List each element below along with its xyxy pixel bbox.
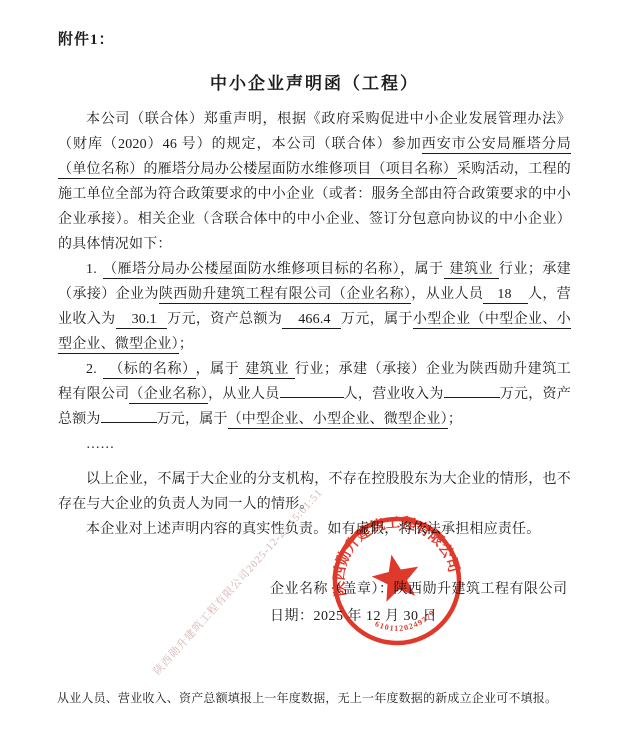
item1-paragraph: 1.（雁塔分局办公楼屋面防水维修项目标的名称），属于建筑业行业；承建（承接）企业… [58, 257, 571, 357]
closing-paragraph-1: 以上企业，不属于大企业的分支机构，不存在控股股东为大企业的情形，也不存在与大企业… [58, 467, 571, 517]
item2-staff-blank-field [280, 384, 344, 398]
signature-date-line: 日期：2025 年 12 月 30 日 [270, 603, 568, 630]
item1-industry-underline: 建筑业 [444, 262, 499, 279]
item2-text-1: ，属于 [196, 362, 240, 377]
item1-staff-value: 18 [483, 287, 527, 304]
ellipsis-line: …… [58, 432, 571, 457]
item1-revenue-value: 30.1 [116, 312, 167, 329]
document-content: 附件1： 中小企业声明函（工程） 本公司（联合体）郑重声明，根据《政府采购促进中… [58, 28, 571, 542]
item2-paragraph: 2.（标的名称），属于建筑业行业；承建（承接）企业为陕西勋升建筑工程有限公司（企… [58, 357, 571, 432]
item2-text-4: 人，营业收入为 [344, 387, 444, 402]
signature-company-line: 企业名称（盖章）：陕西勋升建筑工程有限公司 [270, 576, 568, 603]
item1-company-underline: 陕西勋升建筑工程有限公司（企业名称） [159, 287, 411, 304]
item1-assets-value: 466.4 [282, 312, 341, 329]
item2-assets-blank-field [101, 409, 157, 423]
document-title: 中小企业声明函（工程） [58, 69, 571, 94]
item2-industry-underline: 建筑业 [239, 362, 295, 379]
item2-company-underline: （企业名称） [129, 387, 208, 404]
item1-text-6: 万元，属于 [341, 312, 413, 327]
item2-text-3: ，从业人员 [208, 387, 279, 402]
item1-text-7: ； [179, 337, 193, 352]
closing-paragraph-2: 本企业对上述声明内容的真实性负责。如有虚假，将依法承担相应责任。 [58, 517, 571, 542]
item1-number: 1. [86, 262, 97, 277]
item2-revenue-blank-field [444, 384, 500, 398]
attachment-label: 附件1： [58, 28, 571, 49]
footnote-text: 从业人员、营业收入、资产总额填报上一年度数据，无上一年度数据的新成立企业可不填报… [57, 689, 557, 706]
item2-subject-underline: （标的名称） [103, 362, 196, 379]
item1-text-5: 万元，资产总额为 [167, 312, 282, 327]
item2-text-6: 万元，属于 [157, 412, 228, 427]
item1-text-1: ，属于 [400, 262, 443, 277]
signature-block: 企业名称（盖章）：陕西勋升建筑工程有限公司 日期：2025 年 12 月 30 … [270, 576, 568, 630]
item2-enterprise-type-underline: （中型企业、小型企业、微型企业） [228, 412, 448, 429]
item1-text-3: ，从业人员 [411, 287, 483, 302]
item1-subject-underline: （雁塔分局办公楼屋面防水维修项目标的名称） [103, 262, 400, 279]
document-page: 附件1： 中小企业声明函（工程） 本公司（联合体）郑重声明，根据《政府采购促进中… [0, 0, 629, 733]
item2-text-7: ； [448, 412, 462, 427]
intro-paragraph: 本公司（联合体）郑重声明，根据《政府采购促进中小企业发展管理办法》（财库（202… [58, 107, 571, 257]
item2-number: 2. [86, 362, 97, 377]
